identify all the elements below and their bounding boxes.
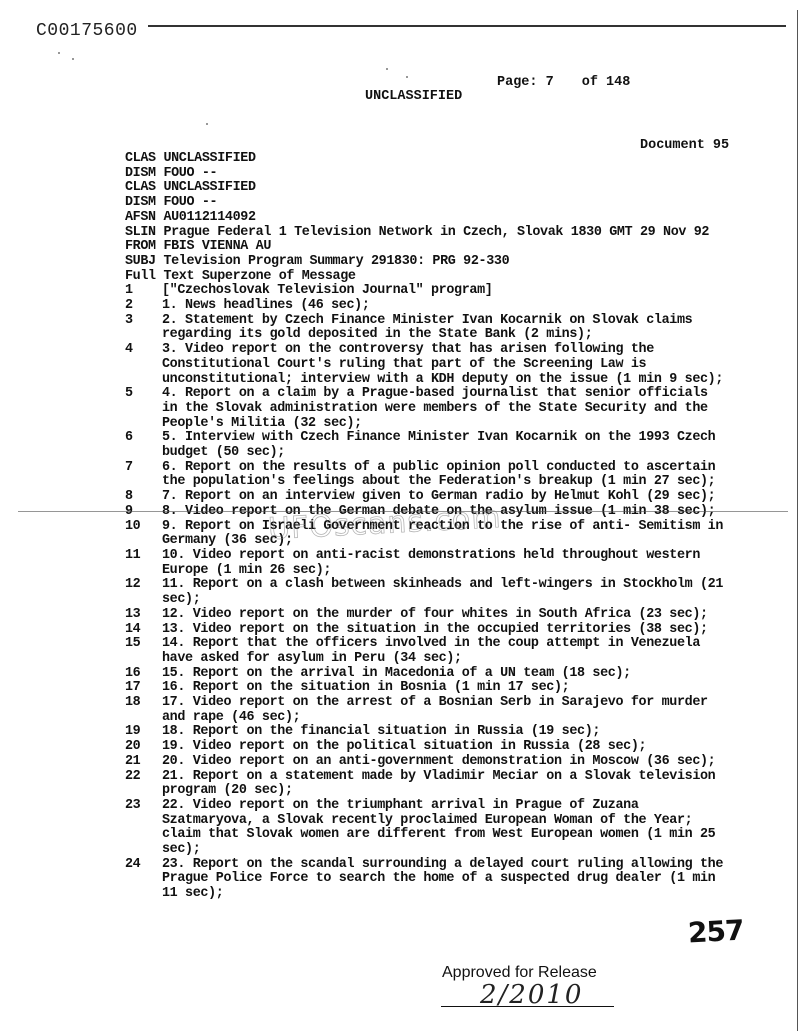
field-slin: SLIN Prague Federal 1 Television Network… [125, 226, 725, 241]
item-text: 13. Video report on the situation in the… [162, 623, 725, 638]
list-item: 1817. Video report on the arrest of a Bo… [125, 696, 725, 725]
list-item: 2221. Report on a statement made by Vlad… [125, 770, 725, 799]
line-number: 18 [125, 696, 162, 725]
item-text: 16. Report on the situation in Bosnia (1… [162, 681, 725, 696]
line-number: 8 [125, 490, 162, 505]
list-item: 54. Report on a claim by a Prague-based … [125, 387, 725, 431]
field-clas: CLAS UNCLASSIFIED [125, 181, 725, 196]
list-item: 2423. Report on the scandal surrounding … [125, 858, 725, 902]
header-rule [148, 25, 786, 27]
scan-speck [386, 68, 388, 70]
line-number: 24 [125, 858, 162, 902]
item-text: 22. Video report on the triumphant arriv… [162, 799, 725, 858]
list-item: 1514. Report that the officers involved … [125, 637, 725, 666]
item-text: 19. Video report on the political situat… [162, 740, 725, 755]
line-number: 14 [125, 623, 162, 638]
list-item: 76. Report on the results of a public op… [125, 461, 725, 490]
line-number: 2 [125, 299, 162, 314]
list-item: 2120. Video report on an anti-government… [125, 755, 725, 770]
line-number: 11 [125, 549, 162, 578]
list-item: 1716. Report on the situation in Bosnia … [125, 681, 725, 696]
item-text: 18. Report on the financial situation in… [162, 725, 725, 740]
list-item: 65. Interview with Czech Finance Ministe… [125, 431, 725, 460]
item-text: 20. Video report on an anti-government d… [162, 755, 725, 770]
line-number: 17 [125, 681, 162, 696]
list-item: 1918. Report on the financial situation … [125, 725, 725, 740]
field-dism: DISM FOUO -- [125, 167, 725, 182]
field-clas: CLAS UNCLASSIFIED [125, 152, 725, 167]
page-total: of 148 [582, 75, 631, 90]
item-text: 23. Report on the scandal surrounding a … [162, 858, 725, 902]
item-text: 5. Interview with Czech Finance Minister… [162, 431, 725, 460]
handwritten-page-number: 257 [687, 914, 744, 950]
item-text: 17. Video report on the arrest of a Bosn… [162, 696, 725, 725]
program-items: 1["Czechoslovak Television Journal" prog… [125, 284, 725, 902]
item-text: ["Czechoslovak Television Journal" progr… [162, 284, 725, 299]
list-item: 1312. Video report on the murder of four… [125, 608, 725, 623]
scan-speck [406, 76, 408, 78]
field-subj: SUBJ Television Program Summary 291830: … [125, 255, 725, 270]
page-edge-rule [797, 10, 798, 1031]
item-text: 15. Report on the arrival in Macedonia o… [162, 667, 725, 682]
list-item: 1110. Video report on anti-racist demons… [125, 549, 725, 578]
list-item: 1413. Video report on the situation in t… [125, 623, 725, 638]
list-item: 2019. Video report on the political situ… [125, 740, 725, 755]
line-number: 21 [125, 755, 162, 770]
item-text: 21. Report on a statement made by Vladim… [162, 770, 725, 799]
line-number: 22 [125, 770, 162, 799]
field-afsn: AFSN AU0112114092 [125, 211, 725, 226]
list-item: 32. Statement by Czech Finance Minister … [125, 314, 725, 343]
line-number: 15 [125, 637, 162, 666]
classification-header: UNCLASSIFIED [365, 89, 462, 104]
list-item: 1615. Report on the arrival in Macedonia… [125, 667, 725, 682]
list-item: 2322. Video report on the triumphant arr… [125, 799, 725, 858]
list-item: 21. News headlines (46 sec); [125, 299, 725, 314]
line-number: 1 [125, 284, 162, 299]
page-number: Page: 7 [497, 75, 554, 90]
field-dism: DISM FOUO -- [125, 196, 725, 211]
scan-speck [72, 58, 74, 60]
line-number: 4 [125, 343, 162, 387]
document-id: C00175600 [36, 21, 138, 41]
line-number: 5 [125, 387, 162, 431]
item-text: 14. Report that the officers involved in… [162, 637, 725, 666]
item-text: 1. News headlines (46 sec); [162, 299, 725, 314]
item-text: 3. Video report on the controversy that … [162, 343, 725, 387]
line-number: 9 [125, 505, 162, 520]
list-item: 1211. Report on a clash between skinhead… [125, 578, 725, 607]
item-text: 6. Report on the results of a public opi… [162, 461, 725, 490]
list-item: 87. Report on an interview given to Germ… [125, 490, 725, 505]
field-from: FROM FBIS VIENNA AU [125, 240, 725, 255]
page-indicator: Page: 7of 148 [497, 75, 630, 90]
line-number: 12 [125, 578, 162, 607]
document-number: Document 95 [640, 138, 729, 153]
release-stamp-underline [441, 1006, 614, 1007]
item-text: 12. Video report on the murder of four w… [162, 608, 725, 623]
list-item: 43. Video report on the controversy that… [125, 343, 725, 387]
line-number: 23 [125, 799, 162, 858]
item-text: 11. Report on a clash between skinheads … [162, 578, 725, 607]
line-number: 16 [125, 667, 162, 682]
item-text: 4. Report on a claim by a Prague-based j… [162, 387, 725, 431]
line-number: 19 [125, 725, 162, 740]
line-number: 13 [125, 608, 162, 623]
line-number: 20 [125, 740, 162, 755]
list-item: 1["Czechoslovak Television Journal" prog… [125, 284, 725, 299]
item-text: 2. Statement by Czech Finance Minister I… [162, 314, 725, 343]
line-number: 3 [125, 314, 162, 343]
scan-speck [206, 123, 208, 125]
scan-speck [58, 52, 60, 54]
line-number: 7 [125, 461, 162, 490]
line-number: 10 [125, 520, 162, 549]
header-fields: CLAS UNCLASSIFIED DISM FOUO -- CLAS UNCL… [125, 152, 725, 284]
item-text: 10. Video report on anti-racist demonstr… [162, 549, 725, 578]
field-full-text: Full Text Superzone of Message [125, 270, 725, 285]
line-number: 6 [125, 431, 162, 460]
